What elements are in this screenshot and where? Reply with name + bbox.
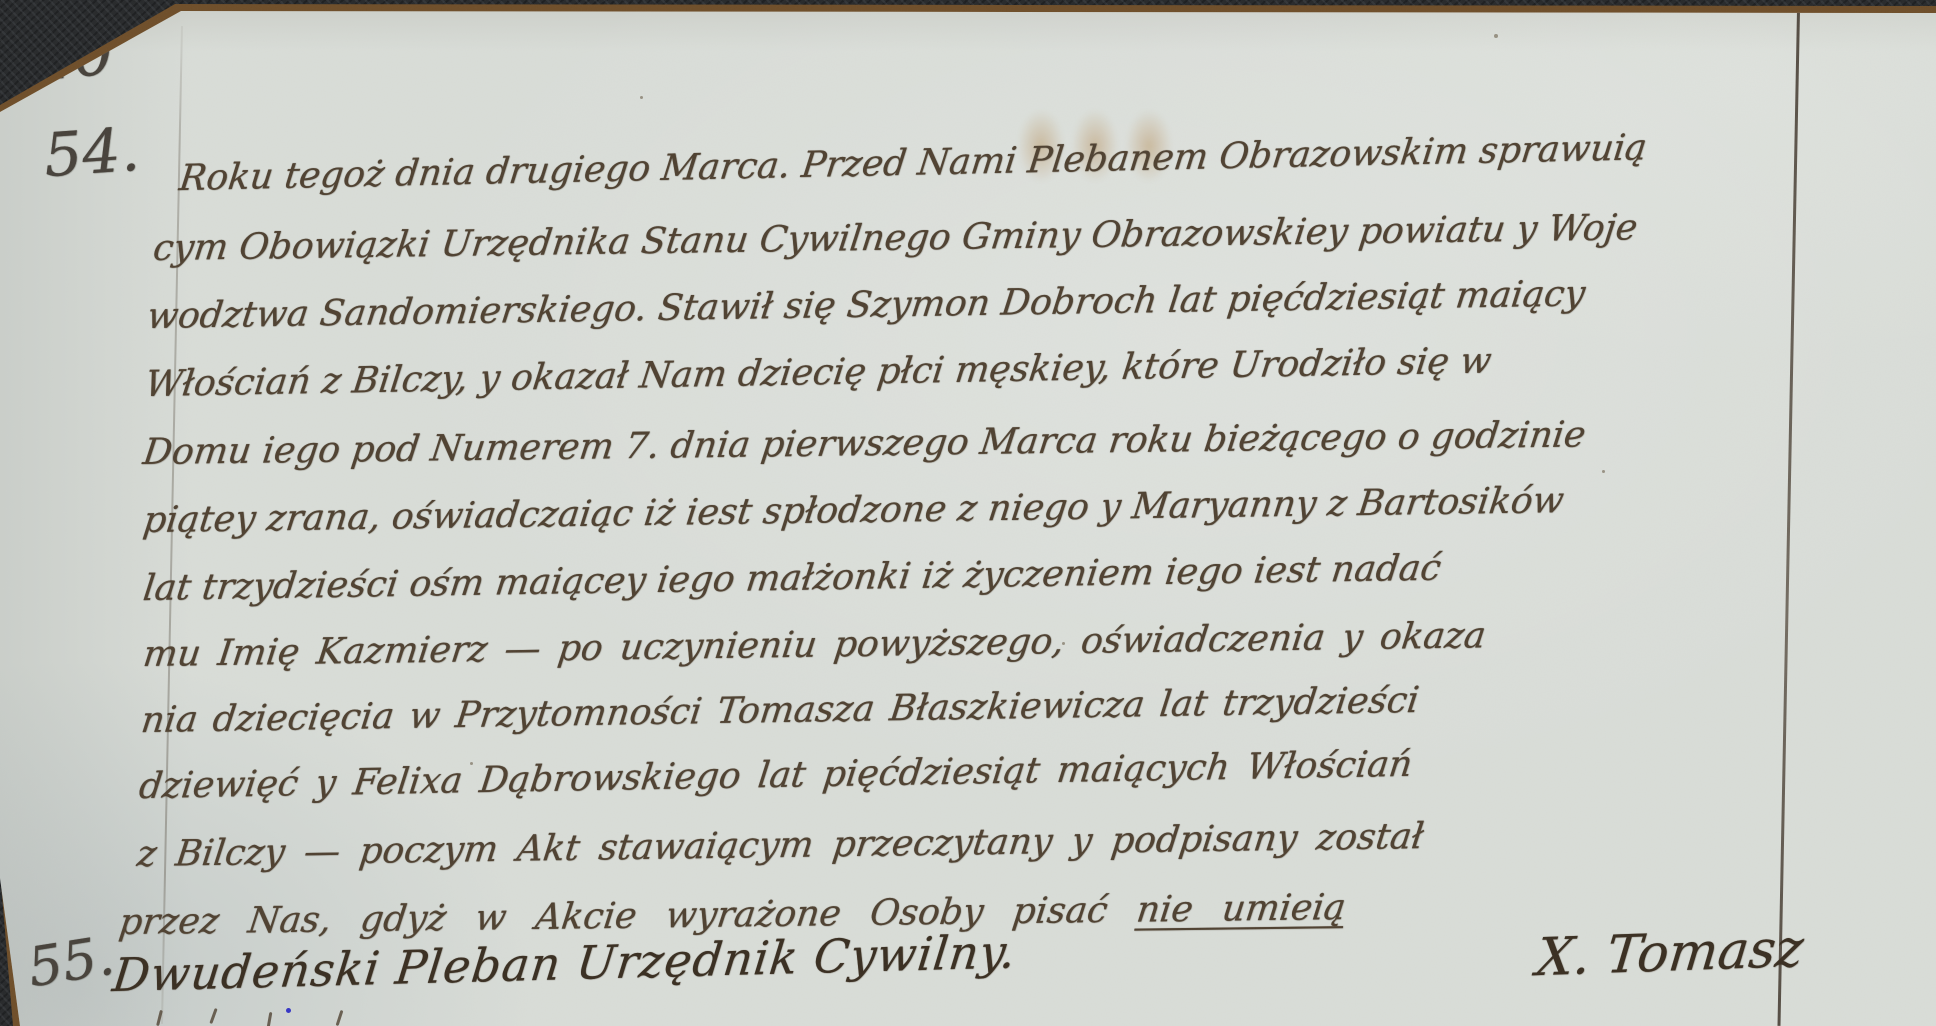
- manuscript-segment-underline: nie umieią: [1134, 887, 1348, 931]
- manuscript-line-6: piątey zrana, oświadczaiąc iż iest spłod…: [141, 480, 1566, 541]
- paper-speck: [1602, 470, 1605, 473]
- cutoff-stroke: [336, 1010, 344, 1026]
- manuscript-segment: Roku tegoż dnia drugiego Marca. Przed Na…: [177, 127, 1649, 199]
- manuscript-line-8: mu Imię Kazmierz — po uczynieniu powyższ…: [141, 615, 1488, 675]
- manuscript-line-13: X. Tomasz: [1534, 919, 1807, 989]
- manuscript-line-11: z Bilczy — poczym Akt stawaiącym przeczy…: [135, 816, 1426, 875]
- manuscript-segment: nia dziecięcia w Przytomności Tomasza Bł…: [139, 680, 1421, 741]
- manuscript-segment: cym Obowiązki Urzędnika Stanu Cywilnego …: [151, 207, 1640, 269]
- manuscript-line-1: Roku tegoż dnia drugiego Marca. Przed Na…: [177, 127, 1649, 199]
- cutoff-stroke: [267, 1012, 273, 1026]
- manuscript-line-2: cym Obowiązki Urzędnika Stanu Cywilnego …: [151, 207, 1640, 269]
- record-number-54: 54.: [42, 115, 142, 191]
- right-margin-rule: [1777, 10, 1799, 1026]
- manuscript-segment: mu Imię Kazmierz — po uczynieniu powyższ…: [141, 615, 1488, 675]
- manuscript-line-5: Domu iego pod Numerem 7. dnia pierwszego…: [141, 414, 1588, 473]
- manuscript-segment: dziewięć y Felixa Dąbrowskiego lat pięćd…: [137, 744, 1415, 807]
- manuscript-segment: Domu iego pod Numerem 7. dnia pierwszego…: [141, 414, 1588, 473]
- manuscript-line-3: wodztwa Sandomierskiego. Stawił się Szym…: [145, 273, 1588, 337]
- manuscript-segment: z Bilczy — poczym Akt stawaiącym przeczy…: [135, 816, 1426, 875]
- cutoff-stroke: [209, 1008, 217, 1024]
- manuscript-line-4: Włościań z Bilczy, y okazał Nam dziecię …: [143, 341, 1494, 406]
- manuscript-segment: piątey zrana, oświadczaiąc iż iest spłod…: [141, 480, 1566, 541]
- manuscript-segment-signature: X. Tomasz: [1534, 919, 1807, 989]
- manuscript-segment: Włościań z Bilczy, y okazał Nam dziecię …: [143, 341, 1494, 406]
- photo-of-register-page: 20 54. 55. Roku tegoż dnia drugiego Marc…: [0, 0, 1936, 1026]
- manuscript-line-7: lat trzydzieści ośm maiącey iego małżonk…: [141, 548, 1443, 609]
- register-paper: 20 54. 55. Roku tegoż dnia drugiego Marc…: [0, 0, 1936, 1026]
- paper-speck: [1494, 34, 1498, 38]
- manuscript-segment: wodztwa Sandomierskiego. Stawił się Szym…: [145, 273, 1588, 337]
- manuscript-line-9: nia dziecięcia w Przytomności Tomasza Bł…: [139, 680, 1421, 741]
- manuscript-segment: lat trzydzieści ośm maiącey iego małżonk…: [141, 548, 1443, 609]
- manuscript-line-10: dziewięć y Felixa Dąbrowskiego lat pięćd…: [137, 744, 1415, 807]
- blue-ink-dot: [286, 1008, 291, 1013]
- record-number-55: 55.: [24, 924, 119, 1000]
- paper-speck: [640, 96, 643, 99]
